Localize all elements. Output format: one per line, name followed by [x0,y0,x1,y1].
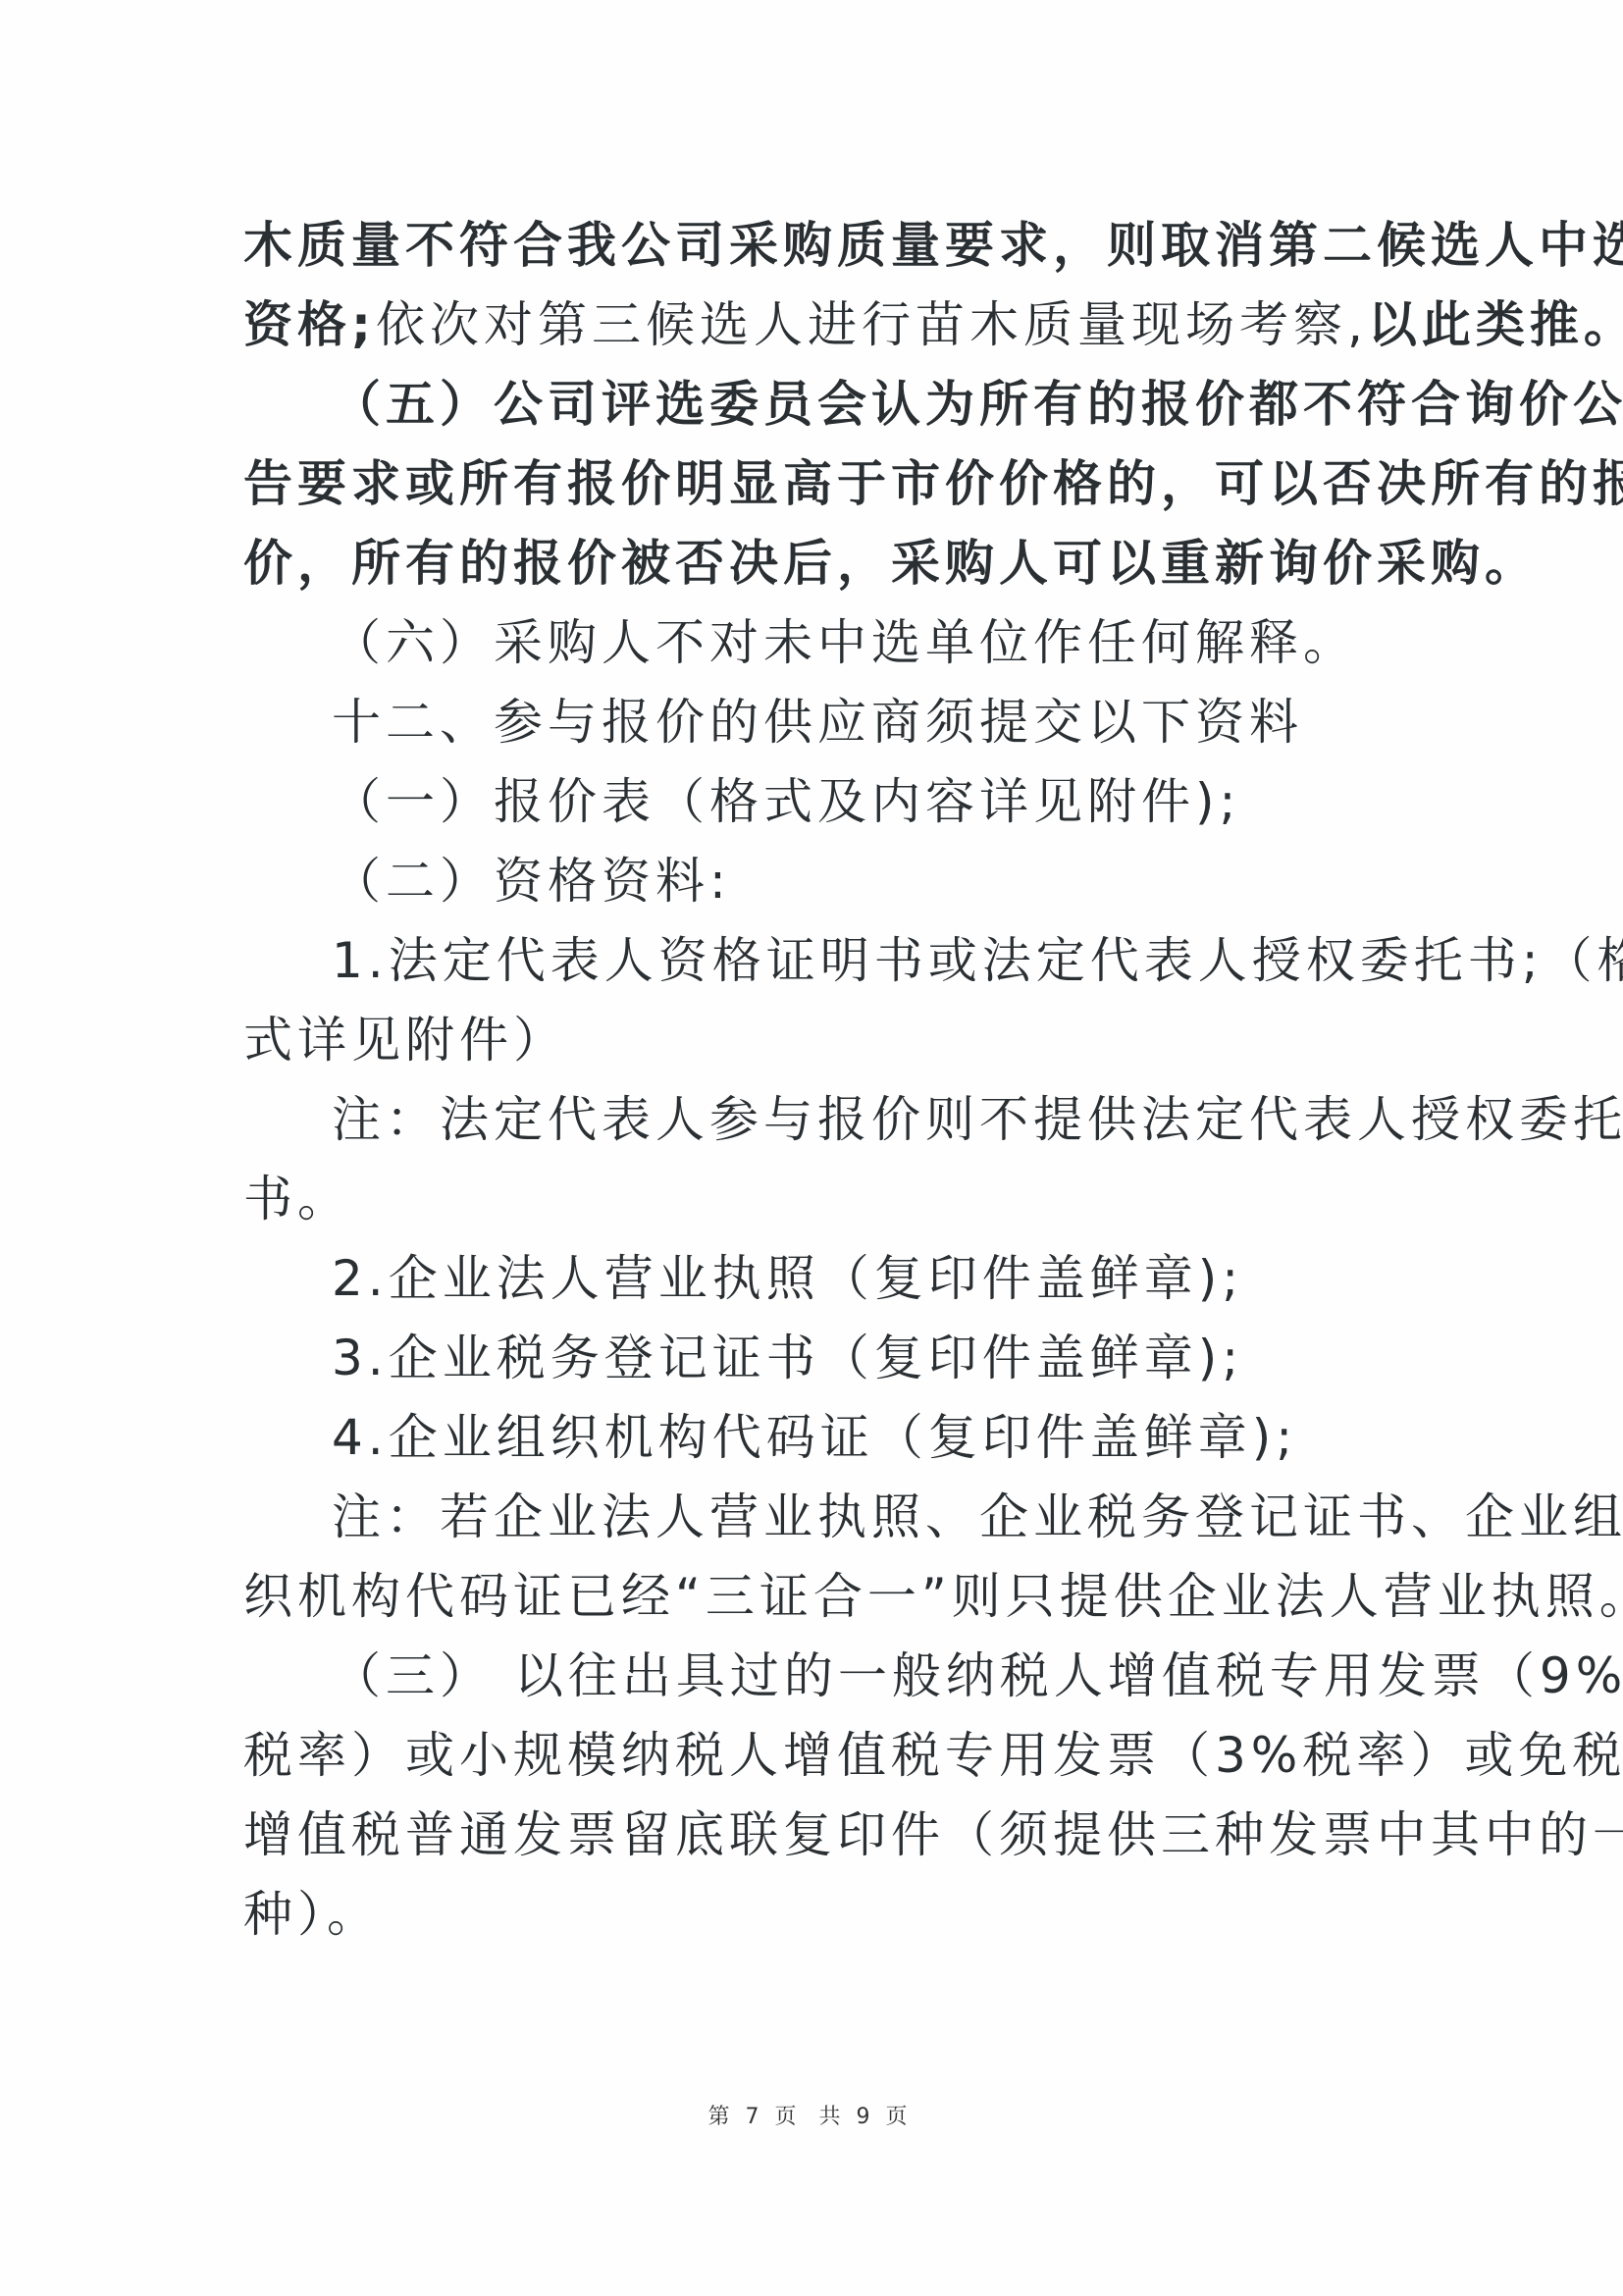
text-segment: 以此类推。 [1368,296,1623,353]
text-segment: （三） 以往出具过的一般纳税人增值税专用发票（9% [332,1647,1623,1704]
text-segment: 织机构代码证已经“三证合一”则只提供企业法人营业执照。 [243,1568,1623,1625]
text-segment: 1.法定代表人资格证明书或法定代表人授权委托书;（格 [332,932,1623,989]
text-line: 增值税普通发票留底联复印件（须提供三种发票中其中的一 [243,1796,1384,1875]
page-number-footer: 第7页 共9页 [0,2100,1623,2130]
text-segment: 注：若企业法人营业执照、企业税务登记证书、企业组 [332,1488,1623,1545]
text-segment: 告要求或所有报价明显高于市价价格的，可以否决所有的报 [243,455,1623,512]
text-segment: 2.企业法人营业执照（复印件盖鲜章); [332,1250,1243,1307]
text-segment: 式详见附件） [243,1012,567,1069]
document-body: 木质量不符合我公司采购质量要求，则取消第二候选人中选 资格;依次对第三候选人进行… [243,206,1384,1955]
text-line: （三） 以往出具过的一般纳税人增值税专用发票（9% [243,1637,1384,1716]
text-segment: 种）。 [243,1886,381,1943]
text-line: （二）资格资料: [243,842,1384,921]
text-segment: 资格; [243,296,376,353]
text-segment: 价，所有的报价被否决后，采购人可以重新询价采购。 [243,535,1539,592]
text-segment: 增值税普通发票留底联复印件（须提供三种发票中其中的一 [243,1806,1623,1863]
text-line: 税率）或小规模纳税人增值税专用发票（3%税率）或免税的 [243,1716,1384,1796]
text-line: 3.企业税务登记证书（复印件盖鲜章); [243,1319,1384,1398]
footer-suffix: 页 [886,2105,916,2129]
current-page-number: 7 [746,2105,767,2129]
text-segment: （六）采购人不对未中选单位作任何解释。 [332,614,1357,671]
text-line: 2.企业法人营业执照（复印件盖鲜章); [243,1239,1384,1319]
text-segment: （一）报价表（格式及内容详见附件); [332,773,1240,830]
text-line: 书。 [243,1160,1384,1239]
text-segment: 4.企业组织机构代码证（复印件盖鲜章); [332,1409,1297,1466]
text-line: 注：法定代表人参与报价则不提供法定代表人授权委托 [243,1080,1384,1160]
total-pages-number: 9 [857,2105,878,2129]
text-line: 资格;依次对第三候选人进行苗木质量现场考察,以此类推。 [243,286,1384,365]
document-page: 木质量不符合我公司采购质量要求，则取消第二候选人中选 资格;依次对第三候选人进行… [0,0,1623,2296]
text-line: 注：若企业法人营业执照、企业税务登记证书、企业组 [243,1478,1384,1557]
text-line: 4.企业组织机构代码证（复印件盖鲜章); [243,1398,1384,1478]
text-segment: 依次对第三候选人进行苗木质量现场考察, [376,296,1368,353]
text-segment: （五）公司评选委员会认为所有的报价都不符合询价公 [332,376,1623,433]
text-line: 1.法定代表人资格证明书或法定代表人授权委托书;（格 [243,921,1384,1001]
text-segment: （二）资格资料: [332,853,731,910]
text-line: （五）公司评选委员会认为所有的报价都不符合询价公 [243,365,1384,444]
text-segment: 十二、参与报价的供应商须提交以下资料 [332,694,1303,751]
text-segment: 注：法定代表人参与报价则不提供法定代表人授权委托 [332,1091,1623,1148]
text-line: 告要求或所有报价明显高于市价价格的，可以否决所有的报 [243,444,1384,524]
text-line: 价，所有的报价被否决后，采购人可以重新询价采购。 [243,524,1384,603]
text-line: 种）。 [243,1875,1384,1955]
section-heading: 十二、参与报价的供应商须提交以下资料 [243,683,1384,762]
text-segment: 税率）或小规模纳税人增值税专用发票（3%税率）或免税的 [243,1727,1623,1784]
text-line: 织机构代码证已经“三证合一”则只提供企业法人营业执照。 [243,1557,1384,1637]
text-line: 式详见附件） [243,1001,1384,1080]
text-line: （六）采购人不对未中选单位作任何解释。 [243,603,1384,683]
text-segment: 3.企业税务登记证书（复印件盖鲜章); [332,1330,1243,1386]
text-segment: 书。 [243,1171,351,1227]
footer-prefix: 第 [707,2105,737,2129]
text-line: 木质量不符合我公司采购质量要求，则取消第二候选人中选 [243,206,1384,286]
text-segment: 木质量不符合我公司采购质量要求，则取消第二候选人中选 [243,217,1623,274]
footer-mid: 页 共 [775,2105,849,2129]
text-line: （一）报价表（格式及内容详见附件); [243,762,1384,842]
